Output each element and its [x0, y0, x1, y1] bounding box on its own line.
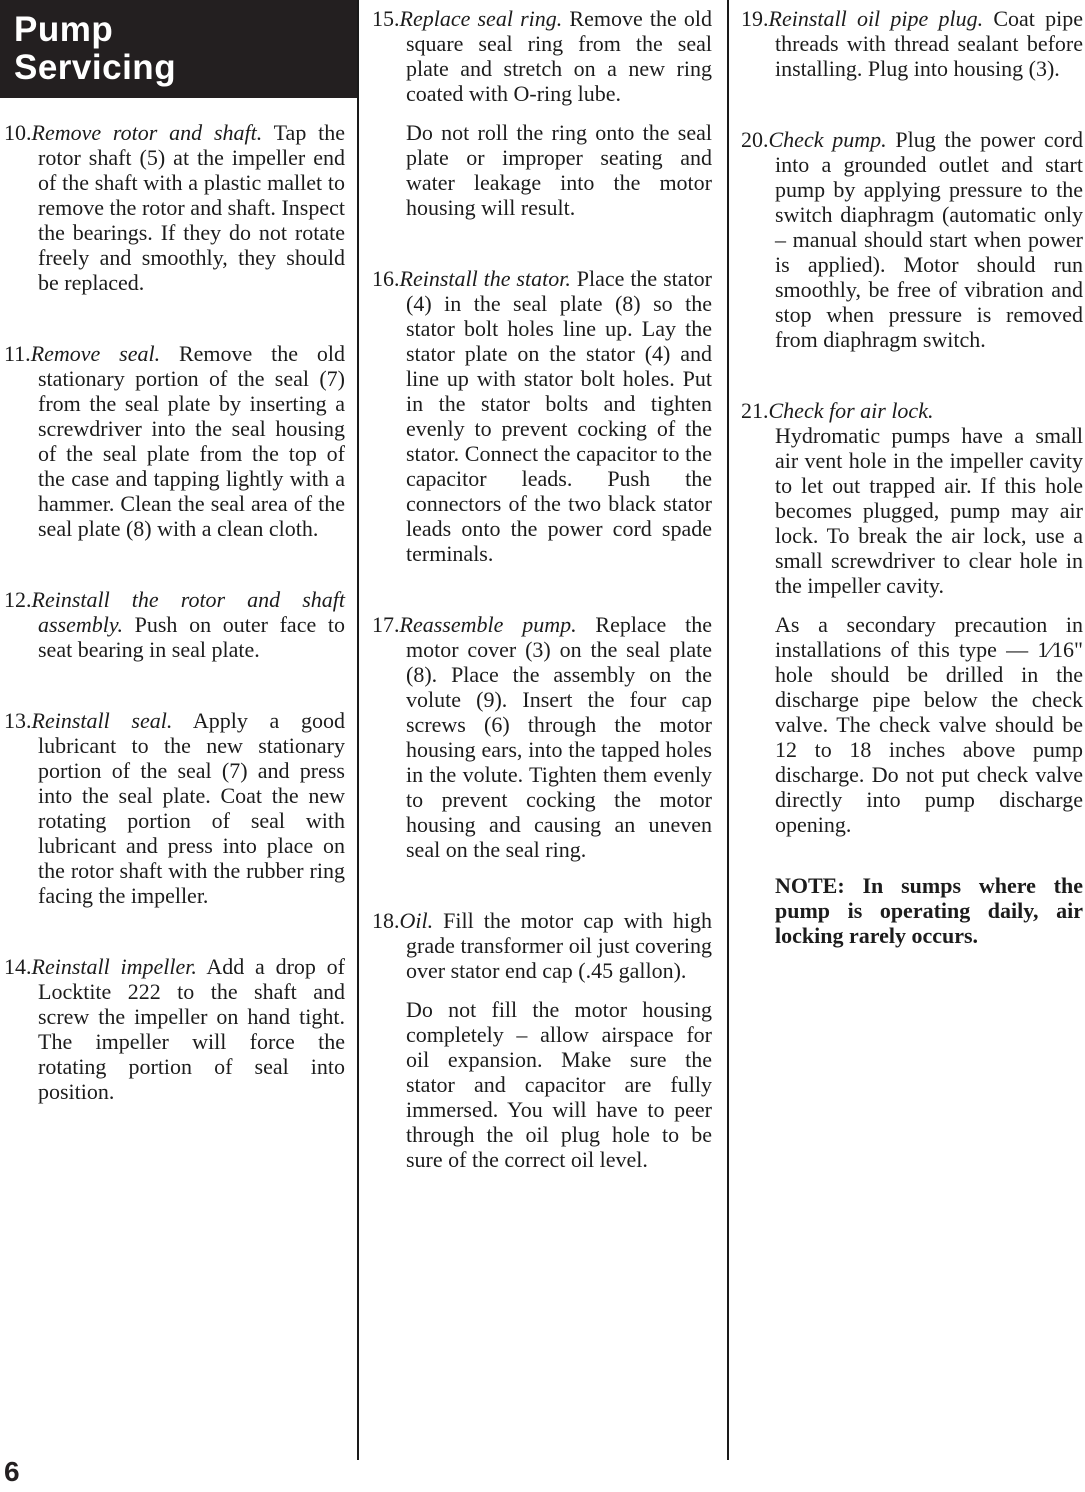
- item-lead: Check for air lock.: [769, 398, 934, 423]
- list-item: 12.Reinstall the rotor and shaft assembl…: [4, 587, 345, 662]
- item-number: 13.: [4, 708, 32, 733]
- list-item: 11.Remove seal. Remove the old stationar…: [4, 341, 345, 541]
- column-divider-right: [727, 0, 729, 1460]
- item-lead: Remove rotor and shaft.: [32, 120, 263, 145]
- item-lead: Reinstall oil pipe plug.: [769, 6, 984, 31]
- note-paragraph: NOTE: In sumps where the pump is operati…: [775, 873, 1083, 948]
- list-item: 13.Reinstall seal. Apply a good lubrican…: [4, 708, 345, 908]
- item-lead-line: 14.Reinstall impeller. Add a drop of Loc…: [38, 954, 345, 1104]
- item-lead: Reassemble pump.: [400, 612, 577, 637]
- item-number: 17.: [372, 612, 400, 637]
- list-item: 21.Check for air lock.Hydromatic pumps h…: [741, 398, 1083, 948]
- item-paragraph: Hydromatic pumps have a small air vent h…: [775, 423, 1083, 598]
- item-paragraph: Do not fill the motor housing completely…: [406, 997, 712, 1172]
- page-title-line1: Pump: [14, 11, 358, 49]
- item-lead-line: 20.Check pump. Plug the power cord into …: [775, 127, 1083, 352]
- item-lead: Reinstall the stator.: [400, 266, 571, 291]
- list-item: 20.Check pump. Plug the power cord into …: [741, 127, 1083, 352]
- list-item: 17.Reassemble pump. Replace the motor co…: [372, 612, 712, 862]
- page-title-block: Pump Servicing: [0, 0, 358, 98]
- item-lead-line: 13.Reinstall seal. Apply a good lubrican…: [38, 708, 345, 908]
- item-paragraph: Do not roll the ring onto the seal plate…: [406, 120, 712, 220]
- item-number: 20.: [741, 127, 769, 152]
- column-3: 19.Reinstall oil pipe plug. Coat pipe th…: [741, 6, 1083, 994]
- item-lead: Reinstall seal.: [32, 708, 173, 733]
- item-lead-line: 10.Remove rotor and shaft. Tap the rotor…: [38, 120, 345, 295]
- item-lead-line: 15.Replace seal ring. Remove the old squ…: [406, 6, 712, 106]
- item-number: 16.: [372, 266, 400, 291]
- item-lead: Check pump.: [769, 127, 887, 152]
- item-lead: Replace seal ring.: [400, 6, 563, 31]
- item-lead-line: 17.Reassemble pump. Replace the motor co…: [406, 612, 712, 862]
- item-number: 15.: [372, 6, 400, 31]
- column-divider-left: [357, 0, 359, 1460]
- list-item: 18.Oil. Fill the motor cap with high gra…: [372, 908, 712, 1172]
- manual-page: Pump Servicing 10.Remove rotor and shaft…: [0, 0, 1085, 1492]
- item-lead: Oil.: [400, 908, 434, 933]
- item-lead-line: 16.Reinstall the stator. Place the stato…: [406, 266, 712, 566]
- item-lead-line: 18.Oil. Fill the motor cap with high gra…: [406, 908, 712, 983]
- item-number: 14.: [4, 954, 32, 979]
- item-number: 12.: [4, 587, 32, 612]
- item-lead: Reinstall the rotor and shaft assembly.: [32, 587, 346, 637]
- item-lead-line: 21.Check for air lock.: [775, 398, 1083, 423]
- page-title-line2: Servicing: [14, 49, 358, 87]
- item-number: 19.: [741, 6, 769, 31]
- item-lead-line: 12.Reinstall the rotor and shaft assembl…: [38, 587, 345, 662]
- list-item: 16.Reinstall the stator. Place the stato…: [372, 266, 712, 566]
- column-2: 15.Replace seal ring. Remove the old squ…: [372, 6, 712, 1218]
- column-1: 10.Remove rotor and shaft. Tap the rotor…: [4, 120, 345, 1150]
- item-number: 11.: [4, 341, 31, 366]
- page-number: 6: [4, 1456, 20, 1488]
- item-paragraph: As a secondary precaution in installatio…: [775, 612, 1083, 837]
- item-lead-line: 11.Remove seal. Remove the old stationar…: [38, 341, 345, 541]
- list-item: 15.Replace seal ring. Remove the old squ…: [372, 6, 712, 220]
- list-item: 10.Remove rotor and shaft. Tap the rotor…: [4, 120, 345, 295]
- item-lead: Remove seal.: [31, 341, 160, 366]
- item-number: 18.: [372, 908, 400, 933]
- item-lead-line: 19.Reinstall oil pipe plug. Coat pipe th…: [775, 6, 1083, 81]
- item-lead: Reinstall impeller.: [32, 954, 197, 979]
- list-item: 14.Reinstall impeller. Add a drop of Loc…: [4, 954, 345, 1104]
- item-number: 21.: [741, 398, 769, 423]
- item-number: 10.: [4, 120, 32, 145]
- list-item: 19.Reinstall oil pipe plug. Coat pipe th…: [741, 6, 1083, 81]
